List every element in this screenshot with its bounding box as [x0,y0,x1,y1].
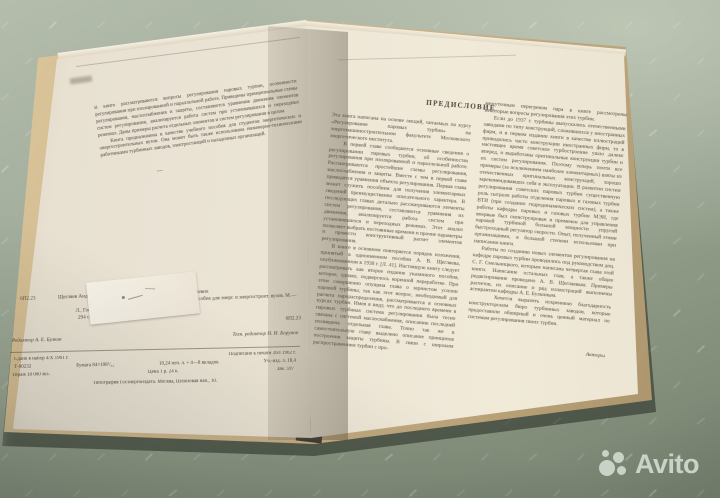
cloth-dash [1,453,10,462]
cloth-dash [384,453,393,461]
cloth-dash [0,93,9,101]
cloth-dash [1,237,10,246]
cloth-dash [145,453,154,462]
cloth-dash [96,21,105,29]
avito-circle [599,460,615,476]
imprint-code: Т-00232 [14,365,31,370]
cloth-dash [73,489,82,498]
imprint-price: Цена 1 р. 24 к. [148,369,179,375]
cloth-dash [0,309,9,317]
cloth-dash [265,489,274,498]
cloth-dash [96,453,105,461]
cloth-dash [312,489,321,497]
cloth-dash [240,453,249,461]
cloth-dash [649,417,658,426]
imprint-circulation: Тираж 18 000 экз. [12,372,50,378]
cloth-dash [481,453,490,462]
cloth-dash [49,21,58,30]
cloth-dash [168,489,177,497]
cloth-dash [433,453,442,462]
avito-circle [617,466,626,475]
cloth-dash [24,57,33,65]
cloth-dash [361,489,370,498]
cloth-dash [193,21,202,30]
sticker-pencil-dot [122,296,125,299]
cloth-dash [649,57,658,66]
cloth-dash [672,237,681,245]
cloth-dash [24,489,33,497]
cloth-dash [697,57,706,66]
sticker-pencil-stroke [145,288,155,289]
cloth-dash [553,489,562,498]
cloth-dash [1,21,10,30]
cloth-dash [528,453,537,461]
cloth-dash [673,381,682,390]
sticker-pencil-stroke [128,295,143,300]
cloth-dash [577,21,586,30]
cloth-dash [696,417,705,425]
catalog-index-left: 6П2.23 [20,295,42,303]
cloth-dash [217,489,226,498]
cloth-dash [481,21,490,30]
cloth-dash [528,21,537,29]
cloth-dash [456,489,465,497]
avito-wordmark: Avito [635,449,699,479]
cloth-dash [649,201,658,210]
cloth-dash [145,21,154,30]
preface-column-2: межуточным перегревом пара в книге рассм… [466,101,627,350]
cloth-dash [625,21,634,30]
cloth-dash [433,21,442,30]
preface-column-1: Эта книга написана на основе лекций, чит… [310,112,472,395]
cloth-dash [648,129,657,137]
cloth-dash [649,273,658,282]
photo-scene: В книге рассматриваются вопросы регулиро… [0,0,720,498]
cloth-dash [697,129,706,138]
cloth-dash [696,201,705,209]
cloth-dash [697,345,706,354]
imprint-paper: Бумага 84×108¹/₃₂ [76,363,114,369]
cloth-dash [673,93,682,102]
cloth-dash [673,309,682,318]
imprint-acc-sheets: Уч.-изд. л. 18,4 [264,359,296,365]
cloth-dash [697,489,706,498]
cloth-dash [1,165,10,174]
avito-circle [613,452,624,463]
cloth-dash [577,453,586,462]
avito-watermark: Avito [599,449,699,479]
cloth-dash [505,489,514,498]
cloth-dash [697,273,706,282]
imprint-order: Зак. 597 [277,367,294,372]
cloth-dash [673,165,682,174]
avito-circles-icon [599,449,629,479]
cloth-dash [409,489,418,498]
cloth-dash [193,453,202,462]
avito-circle [602,450,609,457]
cloth-dash [649,489,658,498]
cloth-dash [49,453,58,462]
cloth-dash [337,453,346,462]
cloth-dash [672,21,681,29]
preface-text-block: ПРЕДИСЛОВИЕ Эта книга написана на основе… [306,88,629,433]
cloth-dash [600,489,609,497]
cloth-dash [121,489,130,498]
